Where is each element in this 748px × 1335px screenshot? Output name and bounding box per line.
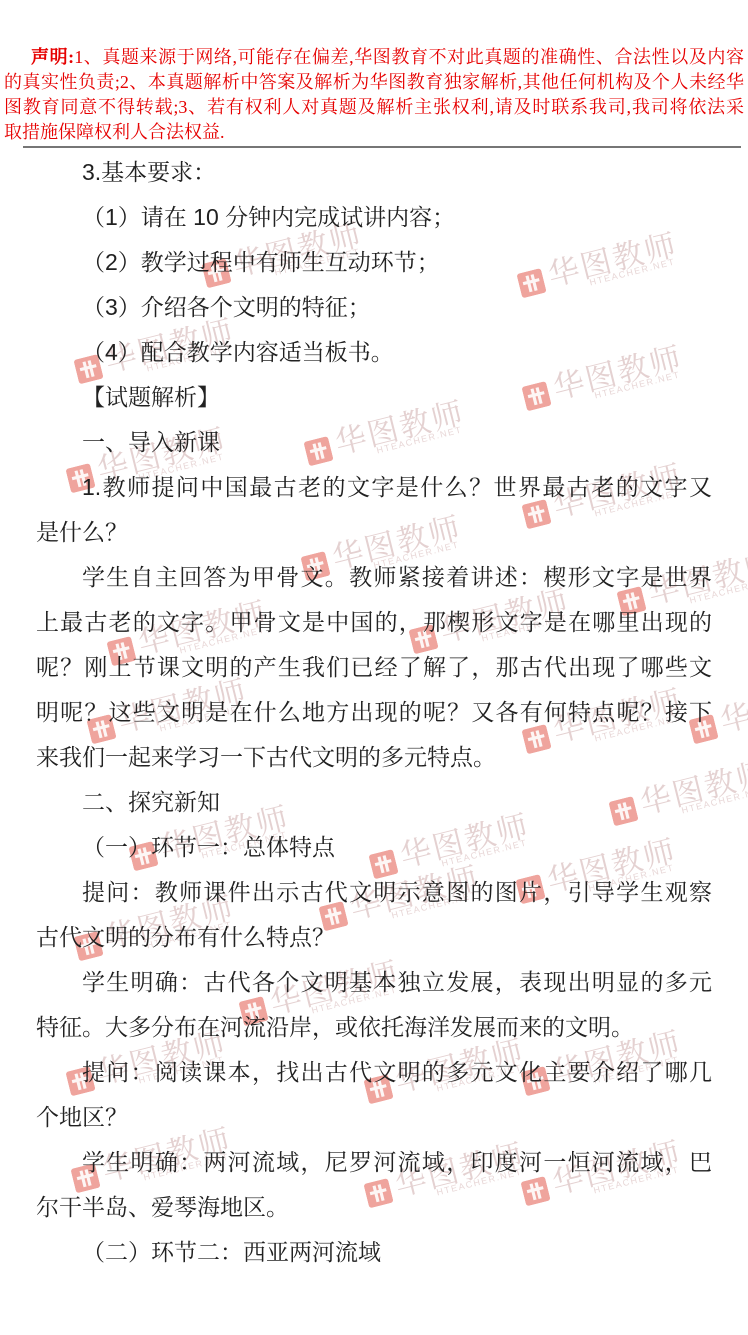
paragraph: 3.基本要求： (36, 150, 712, 195)
text-line: 提问：教师课件出示古代文明示意图的图片，引导学生观察 (36, 870, 712, 915)
text-line: 1.教师提问中国最古老的文字是什么？世界最古老的文字又 (36, 465, 712, 510)
document-page: 华图教师HTEACHER.NET华图教师HTEACHER.NET华图教师HTEA… (0, 0, 748, 1335)
document-body: 3.基本要求：（1）请在 10 分钟内完成试讲内容；（2）教学过程中有师生互动环… (0, 150, 748, 1275)
text-line: （一）环节一：总体特点 (36, 825, 712, 870)
text-line: 特征。大多分布在河流沿岸，或依托海洋发展而来的文明。 (36, 1005, 712, 1050)
text-line: 来我们一起来学习一下古代文明的多元特点。 (36, 735, 712, 780)
disclaimer-line: 图教育同意不得转载;3、若有权利人对真题及解析主张权利,请及时联系我司,我司将依… (4, 95, 744, 120)
text-line: 学生自主回答为甲骨文。教师紧接着讲述：楔形文字是世界 (36, 555, 712, 600)
disclaimer-line: 的真实性负责;2、本真题解析中答案及解析为华图教育独家解析,其他任何机构及个人未… (4, 70, 744, 95)
paragraph: 【试题解析】 (36, 375, 712, 420)
text-line: 个地区？ (36, 1095, 712, 1140)
text-line: 是什么？ (36, 510, 712, 555)
paragraph: 一、导入新课 (36, 420, 712, 465)
text-line: （3）介绍各个文明的特征； (36, 285, 712, 330)
paragraph: （4）配合教学内容适当板书。 (36, 330, 712, 375)
paragraph: （3）介绍各个文明的特征； (36, 285, 712, 330)
disclaimer-label: 声明: (31, 47, 74, 67)
paragraph: 提问：教师课件出示古代文明示意图的图片，引导学生观察古代文明的分布有什么特点？ (36, 870, 712, 960)
text-line: 【试题解析】 (36, 375, 712, 420)
paragraph: 学生自主回答为甲骨文。教师紧接着讲述：楔形文字是世界上最古老的文字。甲骨文是中国… (36, 555, 712, 780)
paragraph: （二）环节二：西亚两河流域 (36, 1230, 712, 1275)
paragraph: 提问：阅读课本，找出古代文明的多元文化主要介绍了哪几个地区？ (36, 1050, 712, 1140)
disclaimer-line: 声明:1、真题来源于网络,可能存在偏差,华图教育不对此真题的准确性、合法性以及内… (4, 45, 744, 70)
disclaimer: 声明:1、真题来源于网络,可能存在偏差,华图教育不对此真题的准确性、合法性以及内… (0, 0, 748, 145)
paragraph: 学生明确：古代各个文明基本独立发展，表现出明显的多元特征。大多分布在河流沿岸，或… (36, 960, 712, 1050)
text-line: 一、导入新课 (36, 420, 712, 465)
disclaimer-line: 取措施保障权利人合法权益. (4, 120, 744, 145)
text-line: 3.基本要求： (36, 150, 712, 195)
paragraph: （2）教学过程中有师生互动环节； (36, 240, 712, 285)
page-content: 声明:1、真题来源于网络,可能存在偏差,华图教育不对此真题的准确性、合法性以及内… (0, 0, 748, 1275)
text-line: 明呢？这些文明是在什么地方出现的呢？又各有何特点呢？接下 (36, 690, 712, 735)
text-line: 呢？刚上节课文明的产生我们已经了解了，那古代出现了哪些文 (36, 645, 712, 690)
paragraph: 1.教师提问中国最古老的文字是什么？世界最古老的文字又是什么？ (36, 465, 712, 555)
text-line: 学生明确：两河流域，尼罗河流域，印度河一恒河流域，巴 (36, 1140, 712, 1185)
text-line: 古代文明的分布有什么特点？ (36, 915, 712, 960)
text-line: 二、探究新知 (36, 780, 712, 825)
text-line: （4）配合教学内容适当板书。 (36, 330, 712, 375)
text-line: （1）请在 10 分钟内完成试讲内容； (36, 195, 712, 240)
text-line: （2）教学过程中有师生互动环节； (36, 240, 712, 285)
paragraph: （一）环节一：总体特点 (36, 825, 712, 870)
text-line: 上最古老的文字。甲骨文是中国的，那楔形文字是在哪里出现的 (36, 600, 712, 645)
text-line: （二）环节二：西亚两河流域 (36, 1230, 712, 1275)
paragraph: 二、探究新知 (36, 780, 712, 825)
paragraph: （1）请在 10 分钟内完成试讲内容； (36, 195, 712, 240)
text-line: 提问：阅读课本，找出古代文明的多元文化主要介绍了哪几 (36, 1050, 712, 1095)
text-line: 尔干半岛、爱琴海地区。 (36, 1185, 712, 1230)
header-divider-line (23, 146, 741, 148)
text-line: 学生明确：古代各个文明基本独立发展，表现出明显的多元 (36, 960, 712, 1005)
paragraph: 学生明确：两河流域，尼罗河流域，印度河一恒河流域，巴尔干半岛、爱琴海地区。 (36, 1140, 712, 1230)
